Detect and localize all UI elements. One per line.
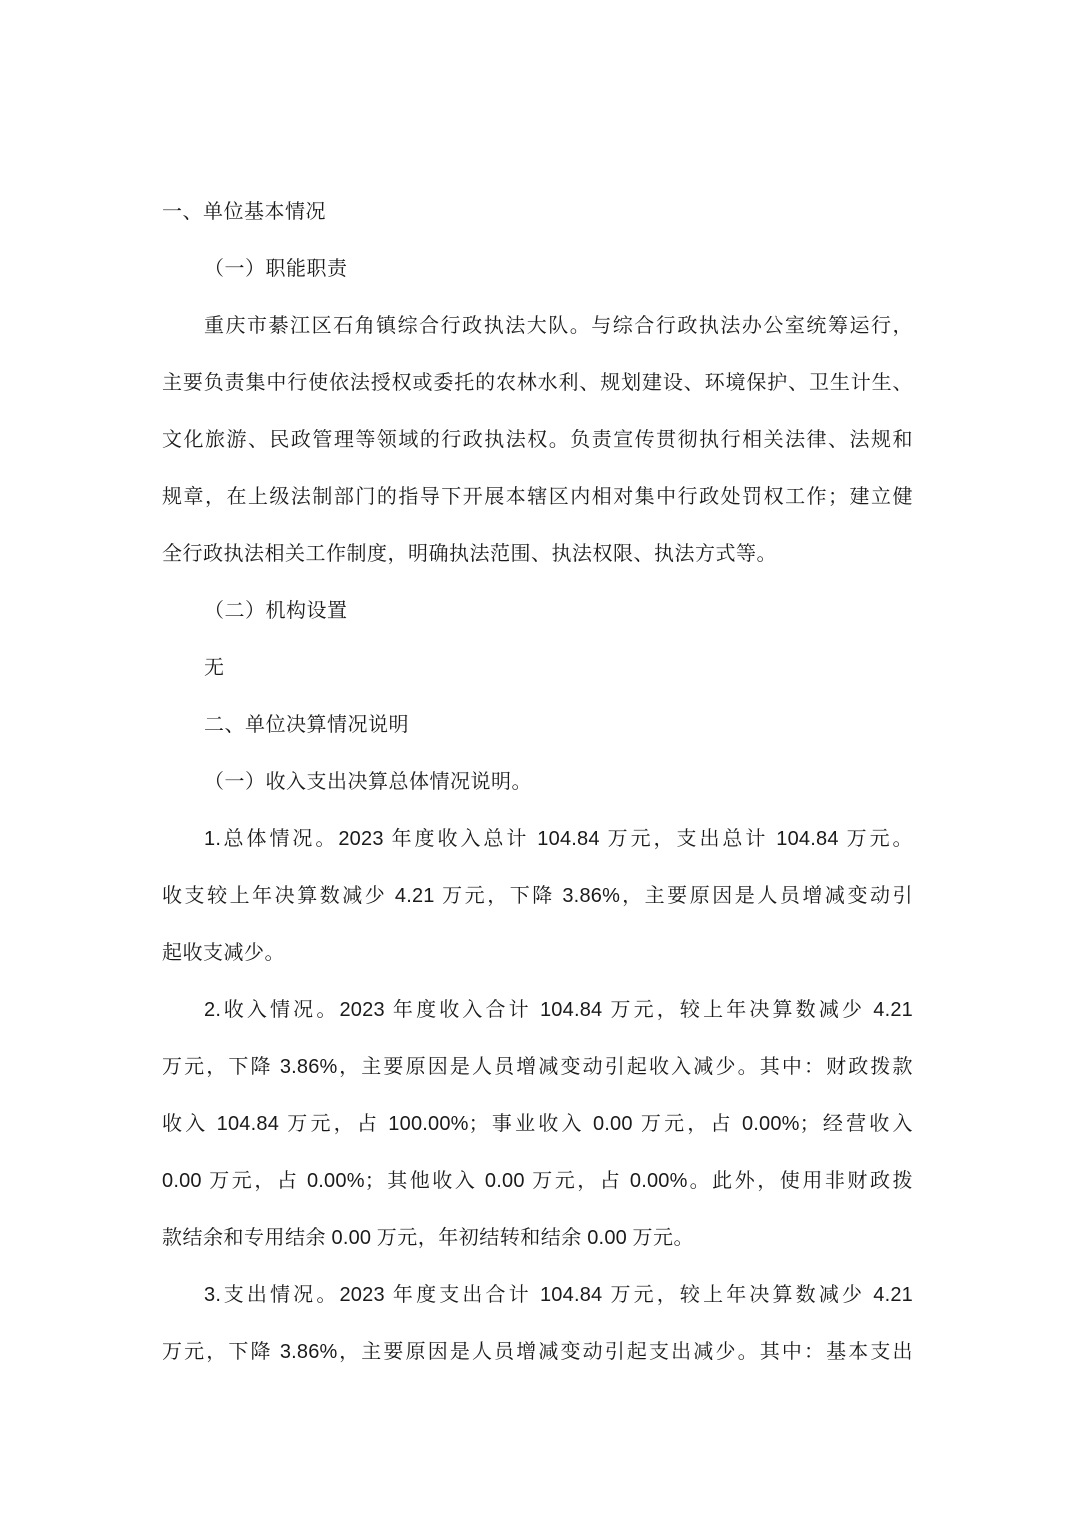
para-duties-line-3: 文化旅游、民政管理等领域的行政执法权。负责宣传贯彻执行相关法律、法规和: [162, 412, 913, 469]
para-income-line-3: 收入 104.84 万元，占 100.00%；事业收入 0.00 万元，占 0.…: [162, 1096, 913, 1153]
heading-section-2: 二、单位决算情况说明: [162, 697, 913, 754]
heading-section-1: 一、单位基本情况: [162, 184, 913, 241]
para-overall-line-3: 起收支减少。: [162, 925, 913, 982]
heading-subsection-1-1: （一）职能职责: [162, 241, 913, 298]
document-page: 一、单位基本情况 （一）职能职责 重庆市綦江区石角镇综合行政执法大队。与综合行政…: [0, 0, 1074, 1520]
para-income-line-5: 款结余和专用结余 0.00 万元，年初结转和结余 0.00 万元。: [162, 1210, 913, 1267]
para-duties-line-2: 主要负责集中行使依法授权或委托的农林水利、规划建设、环境保护、卫生计生、: [162, 355, 913, 412]
para-duties-line-1: 重庆市綦江区石角镇综合行政执法大队。与综合行政执法办公室统筹运行，: [162, 298, 913, 355]
heading-subsection-1-2: （二）机构设置: [162, 583, 913, 640]
para-income-line-2: 万元，下降 3.86%，主要原因是人员增减变动引起收入减少。其中：财政拨款: [162, 1039, 913, 1096]
heading-subsection-2-1: （一）收入支出决算总体情况说明。: [162, 754, 913, 811]
para-expense-line-1: 3.支出情况。2023 年度支出合计 104.84 万元，较上年决算数减少 4.…: [162, 1267, 913, 1324]
para-expense-line-2: 万元，下降 3.86%，主要原因是人员增减变动引起支出减少。其中：基本支出: [162, 1324, 913, 1381]
para-organization-line-1: 无: [162, 640, 913, 697]
para-income-line-1: 2.收入情况。2023 年度收入合计 104.84 万元，较上年决算数减少 4.…: [162, 982, 913, 1039]
para-overall-line-1: 1.总体情况。2023 年度收入总计 104.84 万元，支出总计 104.84…: [162, 811, 913, 868]
para-duties-line-4: 规章，在上级法制部门的指导下开展本辖区内相对集中行政处罚权工作；建立健: [162, 469, 913, 526]
para-income-line-4: 0.00 万元，占 0.00%；其他收入 0.00 万元，占 0.00%。此外，…: [162, 1153, 913, 1210]
para-duties-line-5: 全行政执法相关工作制度，明确执法范围、执法权限、执法方式等。: [162, 526, 913, 583]
para-overall-line-2: 收支较上年决算数减少 4.21 万元，下降 3.86%，主要原因是人员增减变动引: [162, 868, 913, 925]
